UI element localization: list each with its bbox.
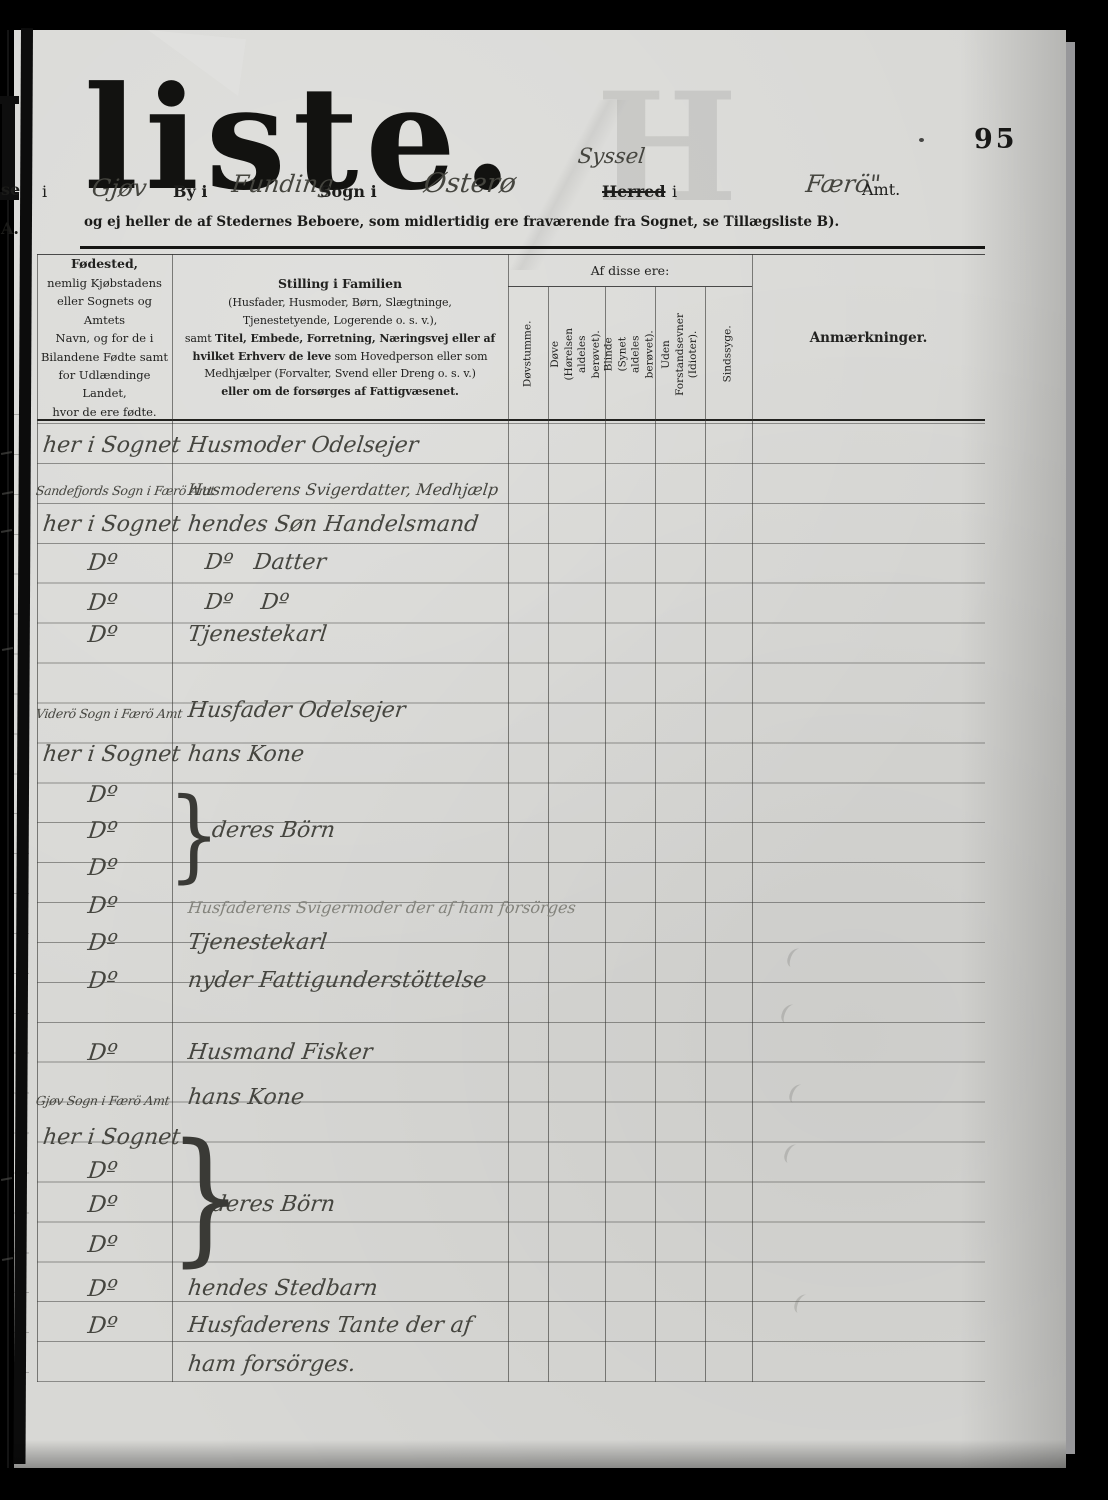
table-row: DºTjenestekarl (0, 622, 985, 656)
birthplace-entry: Dº (86, 1192, 118, 1218)
birthplace-entry: Dº (86, 1158, 118, 1184)
position-entry: Dº Datter (203, 550, 327, 575)
table-row: Dºnyder Fattigunderstöttelse (0, 968, 985, 1002)
birthplace-entry: Dº (86, 818, 118, 844)
table-row: her i Sognethendes Søn Handelsmand (0, 512, 985, 546)
table-row: Viderö Sogn i Færö AmtHusfader Odelsejer (0, 698, 985, 732)
birthplace-entry: Dº (86, 622, 118, 648)
position-entry: Husmoderens Svigerdatter, Medhjælp (187, 480, 499, 499)
position-entry: Tjenestekarl (186, 622, 328, 647)
table-row: Dº (0, 855, 985, 889)
table-row: DºDº Dº (0, 590, 985, 624)
table-row: DºHusfaderens Svigermoder der af ham for… (0, 893, 985, 927)
position-entry: hendes Søn Handelsmand (186, 512, 479, 537)
position-entry: Husmoder Odelsejer (186, 433, 419, 458)
position-entry: hans Kone (186, 742, 305, 767)
table-row: Dº (0, 1158, 985, 1192)
birthplace-entry: Viderö Sogn i Færö Amt (35, 706, 183, 721)
position-entry: Husmand Fisker (186, 1040, 373, 1065)
birthplace-entry: Dº (86, 590, 118, 616)
table-row: Gjøv Sogn i Færö Amthans Kone (0, 1085, 985, 1119)
position-entry: ham forsörges. (186, 1352, 357, 1377)
table-row: Dºderes Börn (0, 818, 985, 852)
table-row: her i SognetHusmoder Odelsejer (0, 433, 985, 467)
position-entry: Husfaderens Svigermoder der af ham forsö… (187, 898, 577, 917)
birthplace-entry: her i Sognet (41, 433, 181, 458)
position-entry: Husfaderens Tante der af (186, 1313, 473, 1338)
birthplace-entry: Dº (86, 782, 118, 808)
table-row: Dºderes Börn (0, 1192, 985, 1226)
position-entry: Dº Dº (203, 590, 290, 615)
birthplace-entry: Dº (86, 1276, 118, 1302)
birthplace-entry: Dº (86, 893, 118, 919)
birthplace-entry: Dº (86, 550, 118, 576)
birthplace-entry: Dº (86, 1232, 118, 1258)
birthplace-entry: Dº (86, 930, 118, 956)
table-row: DºHusfaderens Tante der af (0, 1313, 985, 1347)
table-row: Sandefjords Sogn i Færö AmtHusmoderens S… (0, 475, 985, 509)
position-entry: hans Kone (186, 1085, 305, 1110)
birthplace-entry: Dº (86, 1313, 118, 1339)
table-row: DºTjenestekarl (0, 930, 985, 964)
table-row: Dº (0, 782, 985, 816)
birthplace-entry: Dº (86, 968, 118, 994)
birthplace-entry: her i Sognet (41, 742, 181, 767)
table-row: her i Sognethans Kone (0, 742, 985, 776)
table-row: Dº (0, 1232, 985, 1266)
table-row: DºDº Datter (0, 550, 985, 584)
birthplace-entry: her i Sognet (41, 1125, 181, 1150)
birthplace-entry: Gjøv Sogn i Færö Amt (35, 1093, 170, 1108)
table-rows: her i SognetHusmoder OdelsejerSandefjord… (0, 0, 1108, 1500)
table-row: Dºhendes Stedbarn (0, 1276, 985, 1310)
page-stack-edge (1066, 42, 1075, 1454)
table-row: DºHusmand Fisker (0, 1040, 985, 1074)
position-entry: Tjenestekarl (186, 930, 328, 955)
table-row: ham forsörges. (0, 1352, 985, 1386)
grouping-brace: } (168, 1108, 243, 1284)
position-entry: nyder Fattigunderstöttelse (186, 968, 487, 993)
grouping-brace: } (168, 775, 220, 897)
birthplace-entry: Dº (86, 855, 118, 881)
table-row: her i Sognet (0, 1125, 985, 1159)
right-edge-shading (960, 30, 1066, 1468)
scanned-census-page: H liste. 95 se A. i Gjøv By i Funding So… (0, 0, 1108, 1500)
position-entry: deres Börn (210, 818, 336, 843)
birthplace-entry: her i Sognet (41, 512, 181, 537)
bottom-edge-shading (14, 1440, 1066, 1468)
birthplace-entry: Dº (86, 1040, 118, 1066)
position-entry: Husfader Odelsejer (186, 698, 406, 723)
